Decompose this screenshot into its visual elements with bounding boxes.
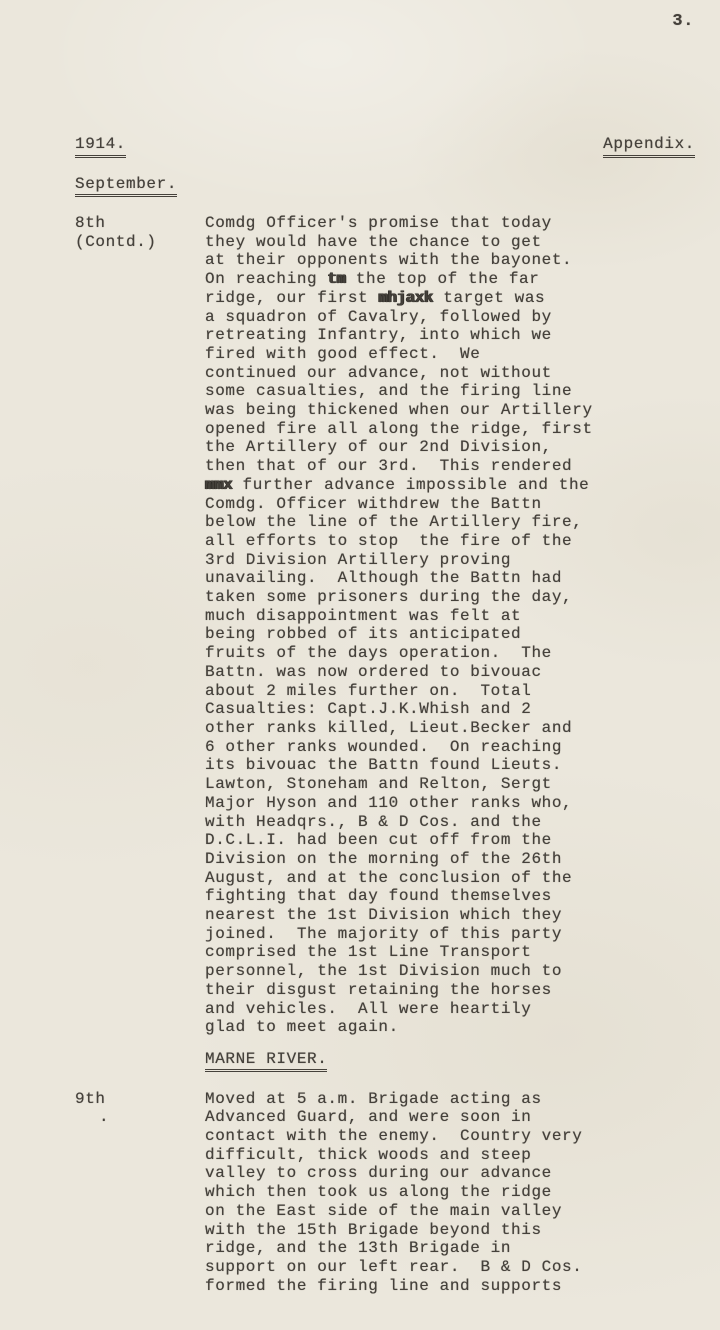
text-line: a squadron of Cavalry, followed by	[205, 308, 700, 327]
text-line: joined. The majority of this party	[205, 925, 700, 944]
entry-date-label: 8th	[75, 214, 205, 233]
text-line: then that of our 3rd. This rendered	[205, 457, 700, 476]
text-line: their disgust retaining the horses	[205, 981, 700, 1000]
text-line: all efforts to stop the fire of the	[205, 532, 700, 551]
page-number: 3.	[672, 13, 694, 32]
text-line: glad to meet again.	[205, 1018, 700, 1037]
month-label: September.	[75, 175, 177, 194]
section-heading-text: MARNE RIVER.	[205, 1050, 327, 1072]
appendix-label: Appendix.	[603, 135, 695, 158]
text-line: ridge, and the 13th Brigade in	[205, 1239, 700, 1258]
text-line: nearest the 1st Division which they	[205, 906, 700, 925]
overstruck-text: tm	[327, 270, 345, 288]
entry-date-column: 8th(Contd.)	[75, 214, 205, 251]
entry-date-column: 9th.	[75, 1090, 205, 1127]
page-header: 1914. Appendix.	[75, 135, 695, 158]
text-line: unavailing. Although the Battn had	[205, 569, 700, 588]
overstruck-text: mhjaxk	[378, 289, 433, 307]
section-heading: MARNE RIVER.	[205, 1050, 700, 1069]
text-line: with the 15th Brigade beyond this	[205, 1221, 700, 1240]
text-line: below the line of the Artillery fire,	[205, 513, 700, 532]
text-line: the Artillery of our 2nd Division,	[205, 438, 700, 457]
text-line: Division on the morning of the 26th	[205, 850, 700, 869]
text-line: fired with good effect. We	[205, 345, 700, 364]
text-line: taken some prisoners during the day,	[205, 588, 700, 607]
text-line: at their opponents with the bayonet.	[205, 251, 700, 270]
entry-date-label-contd: (Contd.)	[75, 233, 205, 252]
entry-date-label: 9th	[75, 1090, 205, 1109]
text-line: much disappointment was felt at	[205, 607, 700, 626]
diary-entry: 8th(Contd.)Comdg Officer's promise that …	[75, 214, 700, 1037]
text-line: fighting that day found themselves	[205, 887, 700, 906]
text-line: they would have the chance to get	[205, 233, 700, 252]
text-line: August, and at the conclusion of the	[205, 869, 700, 888]
text-line: support on our left rear. B & D Cos.	[205, 1258, 700, 1277]
text-line: being robbed of its anticipated	[205, 625, 700, 644]
text-line: continued our advance, not without	[205, 364, 700, 383]
text-line: Lawton, Stoneham and Relton, Sergt	[205, 775, 700, 794]
text-line: 6 other ranks wounded. On reaching	[205, 738, 700, 757]
text-line: Advanced Guard, and were soon in	[205, 1108, 700, 1127]
text-line: personnel, the 1st Division much to	[205, 962, 700, 981]
text-line: fruits of the days operation. The	[205, 644, 700, 663]
text-line: D.C.L.I. had been cut off from the	[205, 831, 700, 850]
text-line: on the East side of the main valley	[205, 1202, 700, 1221]
text-line: Moved at 5 a.m. Brigade acting as	[205, 1090, 700, 1109]
text-line: mmx further advance impossible and the	[205, 476, 700, 495]
stray-mark: .	[99, 1108, 205, 1127]
text-line: with Headqrs., B & D Cos. and the	[205, 813, 700, 832]
text-line: was being thickened when our Artillery	[205, 401, 700, 420]
text-line: Comdg. Officer withdrew the Battn	[205, 495, 700, 514]
text-line: and vehicles. All were heartily	[205, 1000, 700, 1019]
text-line: Major Hyson and 110 other ranks who,	[205, 794, 700, 813]
text-line: which then took us along the ridge	[205, 1183, 700, 1202]
text-line: ridge, our first mhjaxk target was	[205, 289, 700, 308]
text-line: its bivouac the Battn found Lieuts.	[205, 756, 700, 775]
text-line: Battn. was now ordered to bivouac	[205, 663, 700, 682]
entry-body: Comdg Officer's promise that todaythey w…	[205, 214, 700, 1037]
entries: 8th(Contd.)Comdg Officer's promise that …	[75, 214, 700, 1295]
text-line: difficult, thick woods and steep	[205, 1146, 700, 1165]
text-line: On reaching tm the top of the far	[205, 270, 700, 289]
diary-page: 3. 1914. Appendix. September. 8th(Contd.…	[0, 0, 720, 1330]
text-line: valley to cross during our advance	[205, 1164, 700, 1183]
text-line: formed the firing line and supports	[205, 1277, 700, 1296]
text-line: about 2 miles further on. Total	[205, 682, 700, 701]
text-line: contact with the enemy. Country very	[205, 1127, 700, 1146]
text-line: opened fire all along the ridge, first	[205, 420, 700, 439]
text-line: some casualties, and the firing line	[205, 382, 700, 401]
text-line: comprised the 1st Line Transport	[205, 943, 700, 962]
diary-entry: 9th.Moved at 5 a.m. Brigade acting asAdv…	[75, 1090, 700, 1296]
text-line: other ranks killed, Lieut.Becker and	[205, 719, 700, 738]
entry-body: Moved at 5 a.m. Brigade acting asAdvance…	[205, 1090, 700, 1296]
year-label: 1914.	[75, 135, 126, 158]
text-line: Comdg Officer's promise that today	[205, 214, 700, 233]
text-line: retreating Infantry, into which we	[205, 326, 700, 345]
text-line: 3rd Division Artillery proving	[205, 551, 700, 570]
overstruck-text: mmx	[205, 476, 232, 494]
text-line: Casualties: Capt.J.K.Whish and 2	[205, 700, 700, 719]
